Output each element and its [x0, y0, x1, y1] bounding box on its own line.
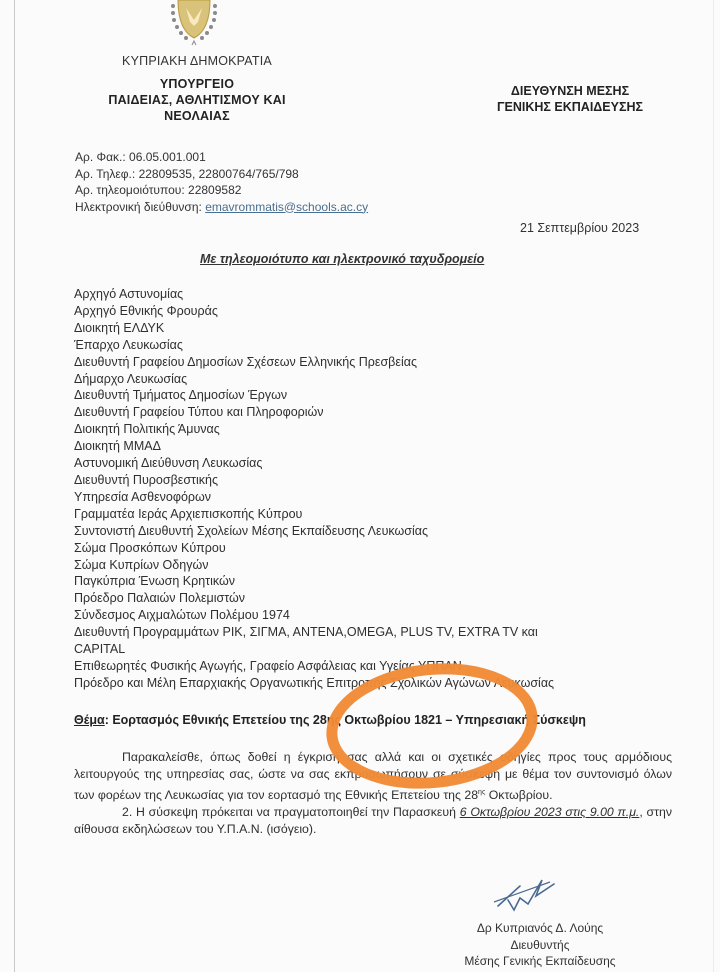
directorate-line: ΓΕΝΙΚΗΣ ΕΚΠΑΙΔΕΥΣΗΣ: [470, 99, 670, 115]
subject-label: Θέμα: [74, 713, 105, 727]
recipient-item: Σύνδεσμος Αιχμαλώτων Πολέμου 1974: [74, 607, 674, 624]
recipient-item: Αρχηγό Εθνικής Φρουράς: [74, 303, 674, 320]
recipient-item: Διοικητή Πολιτικής Άμυνας: [74, 421, 674, 438]
ministry-line: ΝΕΟΛΑΙΑΣ: [90, 108, 304, 124]
recipient-item: Σώμα Κυπρίων Οδηγών: [74, 557, 674, 574]
recipient-item: Διοικητή ΜΜΑΔ: [74, 438, 674, 455]
recipient-item: Επιθεωρητές Φυσικής Αγωγής, Γραφείο Ασφά…: [74, 658, 674, 675]
ministry-header: ΚΥΠΡΙΑΚΗ ΔΗΜΟΚΡΑΤΙΑ ΥΠΟΥΡΓΕΙΟ ΠΑΙΔΕΙΑΣ, …: [90, 53, 304, 124]
recipient-item: Έπαρχο Λευκωσίας: [74, 337, 674, 354]
recipient-item: Διευθυντή Γραφείου Τύπου και Πληροφοριών: [74, 404, 674, 421]
recipient-item: Διοικητή ΕΛΔΥΚ: [74, 320, 674, 337]
directorate-header: ΔΙΕΥΘΥΝΣΗ ΜΕΣΗΣ ΓΕΝΙΚΗΣ ΕΚΠΑΙΔΕΥΣΗΣ: [470, 83, 670, 115]
signatory-title: Διευθυντής: [430, 937, 650, 954]
recipient-item: Πρόεδρο Παλαιών Πολεμιστών: [74, 590, 674, 607]
ministry-line: ΥΠΟΥΡΓΕΙΟ: [90, 76, 304, 92]
signatory-name: Δρ Κυπριανός Δ. Λούης: [430, 920, 650, 937]
ministry-name: ΥΠΟΥΡΓΕΙΟ ΠΑΙΔΕΙΑΣ, ΑΘΛΗΤΙΣΜΟΥ ΚΑΙ ΝΕΟΛΑ…: [90, 76, 304, 124]
recipient-item: Διευθυντή Προγραμμάτων ΡΙΚ, ΣΙΓΜΑ, ΑΝΤΕΝ…: [74, 624, 674, 641]
recipient-item: Διευθυντή Πυροσβεστικής: [74, 472, 674, 489]
scanned-letter: ΚΥΠΡΙΑΚΗ ΔΗΜΟΚΡΑΤΙΑ ΥΠΟΥΡΓΕΙΟ ΠΑΙΔΕΙΑΣ, …: [0, 0, 720, 972]
recipient-item: Σώμα Προσκόπων Κύπρου: [74, 540, 674, 557]
signatory-department: Μέσης Γενικής Εκπαίδευσης: [430, 953, 650, 970]
recipient-item: Συντονιστή Διευθυντή Σχολείων Μέσης Εκπα…: [74, 523, 674, 540]
phone-number: Αρ. Τηλεφ.: 22809535, 22800764/765/798: [75, 166, 368, 183]
signature-block: Δρ Κυπριανός Δ. Λούης Διευθυντής Μέσης Γ…: [430, 920, 650, 970]
letter-date: 21 Σεπτεμβρίου 2023: [520, 221, 639, 235]
republic-name: ΚΥΠΡΙΑΚΗ ΔΗΜΟΚΡΑΤΙΑ: [90, 53, 304, 70]
recipient-list: Αρχηγό ΑστυνομίαςΑρχηγό Εθνικής ΦρουράςΔ…: [74, 286, 674, 692]
directorate-line: ΔΙΕΥΘΥΝΣΗ ΜΕΣΗΣ: [470, 83, 670, 99]
handwritten-signature-icon: [490, 876, 560, 914]
recipient-item: Παγκύπρια Ένωση Κρητικών: [74, 573, 674, 590]
recipient-item: Διευθυντή Τμήματος Δημοσίων Έργων: [74, 387, 674, 404]
recipient-item: CAPITAL: [74, 641, 674, 658]
recipient-item: Γραμματέα Ιεράς Αρχιεπισκοπής Κύπρου: [74, 506, 674, 523]
email-link[interactable]: emavrommatis@schools.ac.cy: [205, 200, 368, 214]
recipient-item: Δήμαρχο Λευκωσίας: [74, 371, 674, 388]
fax-number: Αρ. τηλεομοιότυπου: 22809582: [75, 182, 368, 199]
cyprus-coat-of-arms-icon: [164, 0, 224, 48]
recipient-item: Διευθυντή Γραφείου Δημοσίων Σχέσεων Ελλη…: [74, 354, 674, 371]
file-number: Αρ. Φακ.: 06.05.001.001: [75, 149, 368, 166]
recipient-item: Αρχηγό Αστυνομίας: [74, 286, 674, 303]
ministry-line: ΠΑΙΔΕΙΑΣ, ΑΘΛΗΤΙΣΜΟΥ ΚΑΙ: [90, 92, 304, 108]
body-paragraph-2: 2. Η σύσκεψη πρόκειται να πραγματοποιηθε…: [74, 804, 672, 839]
recipient-item: Υπηρεσία Ασθενοφόρων: [74, 489, 674, 506]
reference-block: Αρ. Φακ.: 06.05.001.001 Αρ. Τηλεφ.: 2280…: [75, 149, 368, 215]
email-row: Ηλεκτρονική διεύθυνση: emavrommatis@scho…: [75, 199, 368, 216]
delivery-method: Με τηλεομοιότυπο και ηλεκτρονικό ταχυδρο…: [200, 252, 484, 266]
recipient-item: Αστυνομική Διεύθυνση Λευκωσίας: [74, 455, 674, 472]
